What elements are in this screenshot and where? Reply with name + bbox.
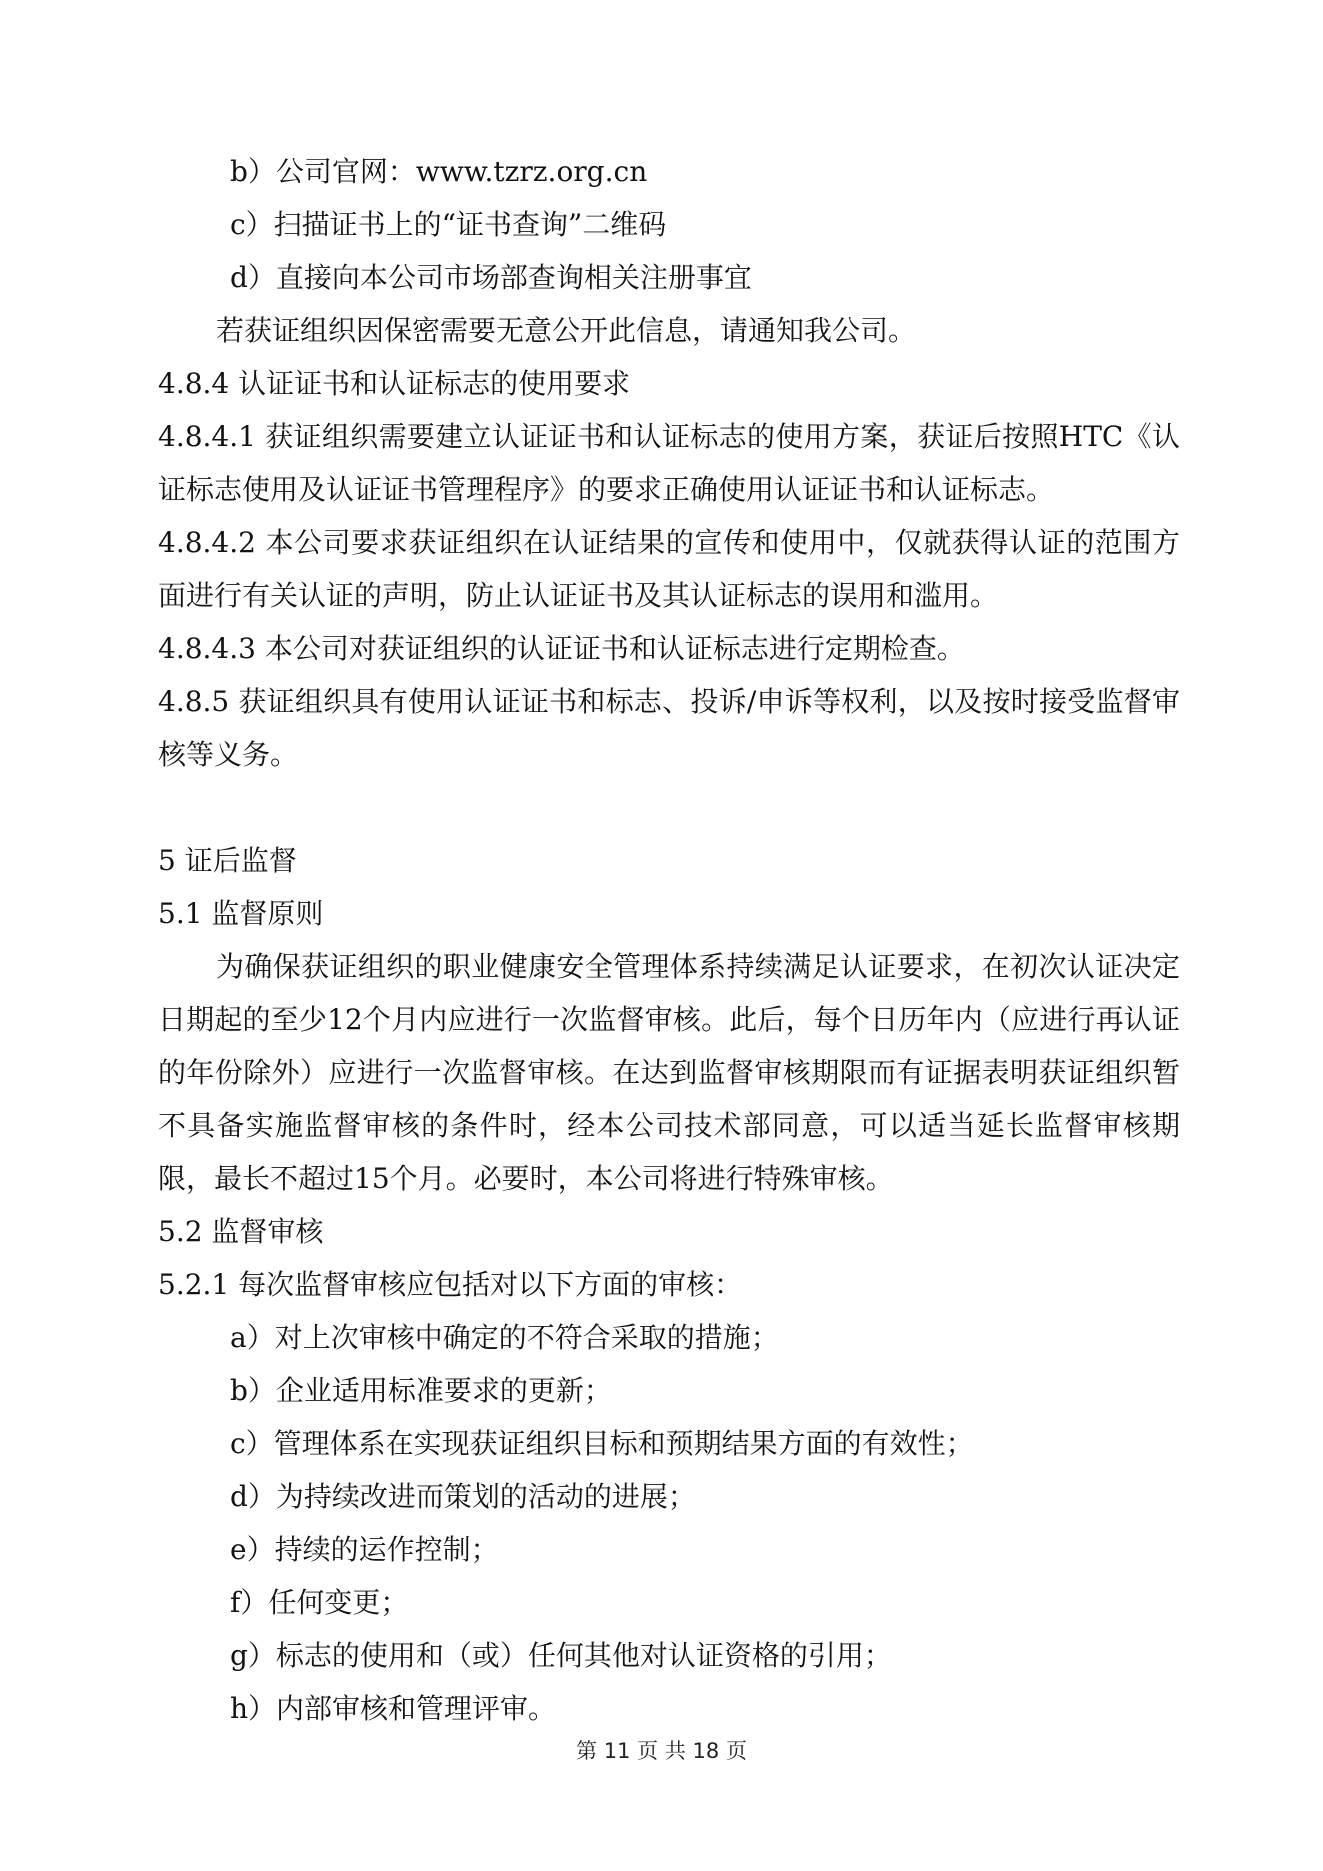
list-item-a: a）对上次审核中确定的不符合采取的措施； [158,1311,1180,1364]
list-item-c: c）管理体系在实现获证组织目标和预期结果方面的有效性； [158,1417,1180,1470]
list-item-h: h）内部审核和管理评审。 [158,1682,1180,1735]
footer-page-total: 18 [693,1739,720,1763]
clause-4-8-4-2: 4.8.4.2 本公司要求获证组织在认证结果的宣传和使用中，仅就获得认证的范围方… [158,516,1180,622]
clause-4-8-4-1: 4.8.4.1 获证组织需要建立认证证书和认证标志的使用方案，获证后按照HTC《… [158,410,1180,516]
blank-line [158,781,1180,834]
document-page: b）公司官网：www.tzrz.org.cn c）扫描证书上的“证书查询”二维码… [0,0,1323,1871]
clause-5-2-1: 5.2.1 每次监督审核应包括对以下方面的审核： [158,1258,1180,1311]
footer-label-prefix: 第 [576,1739,597,1763]
footer-page-number: 11 [604,1739,631,1763]
list-item-market-dept: d）直接向本公司市场部查询相关注册事宜 [158,251,1180,304]
paragraph-confidentiality: 若获证组织因保密需要无意公开此信息，请通知我公司。 [158,304,1180,357]
list-item-b: b）企业适用标准要求的更新； [158,1364,1180,1417]
footer-label-suffix: 页 [726,1739,747,1763]
section-heading-5-1: 5.1 监督原则 [158,887,1180,940]
list-item-d: d）为持续改进而策划的活动的进展； [158,1470,1180,1523]
paragraph-surveillance-principle: 为确保获证组织的职业健康安全管理体系持续满足认证要求，在初次认证决定日期起的至少… [158,940,1180,1205]
list-item-f: f）任何变更； [158,1576,1180,1629]
list-item-g: g）标志的使用和（或）任何其他对认证资格的引用； [158,1629,1180,1682]
list-item-qr-code: c）扫描证书上的“证书查询”二维码 [158,198,1180,251]
list-item-website: b）公司官网：www.tzrz.org.cn [158,145,1180,198]
page-footer: 第 11 页 共 18 页 [0,1736,1323,1766]
document-body: b）公司官网：www.tzrz.org.cn c）扫描证书上的“证书查询”二维码… [158,145,1180,1735]
section-heading-4-8-4: 4.8.4 认证证书和认证标志的使用要求 [158,357,1180,410]
clause-4-8-5: 4.8.5 获证组织具有使用认证证书和标志、投诉/申诉等权利，以及按时接受监督审… [158,675,1180,781]
list-item-e: e）持续的运作控制； [158,1523,1180,1576]
chapter-heading-5: 5 证后监督 [158,834,1180,887]
section-heading-5-2: 5.2 监督审核 [158,1205,1180,1258]
clause-4-8-4-3: 4.8.4.3 本公司对获证组织的认证证书和认证标志进行定期检查。 [158,622,1180,675]
footer-label-middle: 页 共 [637,1739,686,1763]
